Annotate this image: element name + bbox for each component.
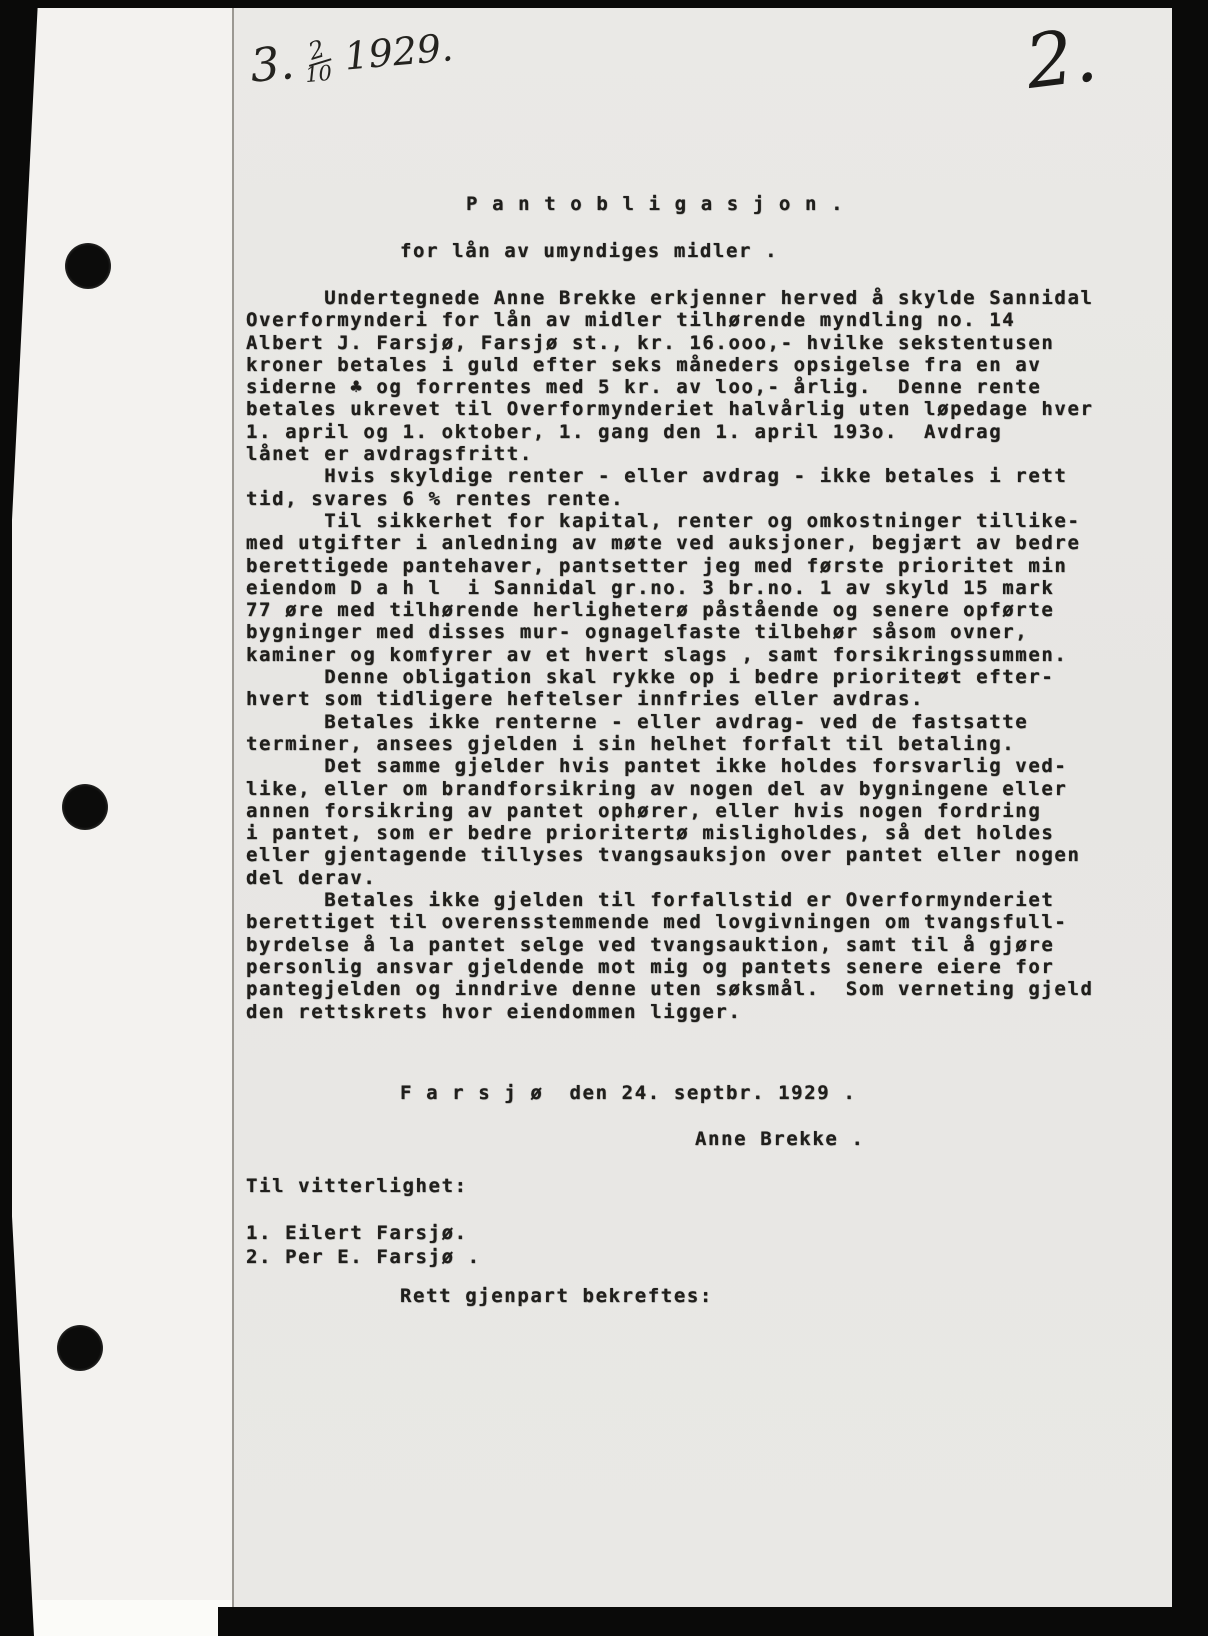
text-line: hvert som tidligere heftelser innfries e… (246, 688, 1094, 710)
document-body: Undertegnede Anne Brekke erkjenner herve… (246, 287, 1094, 1023)
text-line: Betales ikke renterne - eller avdrag- ve… (246, 711, 1094, 733)
text-line: Betales ikke gjelden til forfallstid er … (246, 889, 1094, 911)
text-line: Det samme gjelder hvis pantet ikke holde… (246, 755, 1094, 777)
text-line: annen forsikring av pantet ophører, elle… (246, 800, 1094, 822)
handwritten-date-year: 1929. (343, 25, 455, 80)
text-line: like, eller om brandforsikring av nogen … (246, 778, 1094, 800)
text-line: tid, svares 6 % rentes rente. (246, 488, 1094, 510)
text-line: med utgifter i anledning av møte ved auk… (246, 532, 1094, 554)
text-line: byrdelse å la pantet selge ved tvangsauk… (246, 934, 1094, 956)
text-line: Albert J. Farsjø, Farsjø st., kr. 16.ooo… (246, 332, 1094, 354)
punch-hole-top (65, 243, 111, 289)
handwritten-date-day: 3. (248, 39, 296, 89)
text-line: terminer, ansees gjelden i sin helhet fo… (246, 733, 1094, 755)
handwritten-page-number: 2. (1022, 18, 1101, 100)
certification-line: Rett gjenpart bekreftes: (400, 1285, 713, 1307)
document-title: P a n t o b l i g a s j o n . (466, 193, 844, 215)
text-line: den rettskrets hvor eiendommen ligger. (246, 1001, 1094, 1023)
text-line: siderne ♣ og forrentes med 5 kr. av loo,… (246, 376, 1094, 398)
text-line: i pantet, som er bedre prioritertø misli… (246, 822, 1094, 844)
text-line: kaminer og komfyrer av et hvert slags , … (246, 644, 1094, 666)
text-line: eiendom D a h l i Sannidal gr.no. 3 br.n… (246, 577, 1094, 599)
handwritten-date-fraction: 2 10 (302, 38, 333, 85)
text-line: kroner betales i guld efter seks måneder… (246, 354, 1094, 376)
text-line: Til sikkerhet for kapital, renter og omk… (246, 510, 1094, 532)
text-line: 1. april og 1. oktober, 1. gang den 1. a… (246, 421, 1094, 443)
text-line: eller gjentagende tillyses tvangsauksjon… (246, 844, 1094, 866)
text-line: del derav. (246, 867, 1094, 889)
witness-heading: Til vitterlighet: (246, 1175, 468, 1197)
text-line: berettigede pantehaver, pantsetter jeg m… (246, 555, 1094, 577)
text-line: pantegjelden og inndrive denne uten søks… (246, 978, 1094, 1000)
text-line: Overformynderi for lån av midler tilhøre… (246, 309, 1094, 331)
text-line: betales ukrevet til Overformynderiet hal… (246, 398, 1094, 420)
text-line: 77 øre med tilhørende herligheterø påstå… (246, 599, 1094, 621)
text-line: lånet er avdragsfritt. (246, 443, 1094, 465)
document-subtitle: for lån av umyndiges midler . (400, 240, 778, 262)
binding-strip-bottom-edge (12, 1600, 232, 1636)
punch-hole-bottom (57, 1325, 103, 1371)
text-line: Denne obligation skal rykke op i bedre p… (246, 666, 1094, 688)
text-line: bygninger med disses mur- ognagelfaste t… (246, 621, 1094, 643)
text-line: berettiget til overensstemmende med lovg… (246, 911, 1094, 933)
punch-hole-middle (62, 784, 108, 830)
text-line: Hvis skyldige renter - eller avdrag - ik… (246, 465, 1094, 487)
scanned-document-photo: { "colors": { "scan_background": "#0a0a0… (0, 0, 1208, 1636)
binding-strip (12, 8, 232, 1636)
scan-bottom-edge (218, 1607, 1208, 1636)
signature-line: Anne Brekke . (695, 1128, 865, 1150)
witness-line-2: 2. Per E. Farsjø . (246, 1246, 481, 1268)
date-line: F a r s j ø den 24. septbr. 1929 . (400, 1082, 856, 1104)
text-line: Undertegnede Anne Brekke erkjenner herve… (246, 287, 1094, 309)
text-line: personlig ansvar gjeldende mot mig og pa… (246, 956, 1094, 978)
witness-line-1: 1. Eilert Farsjø. (246, 1222, 468, 1244)
